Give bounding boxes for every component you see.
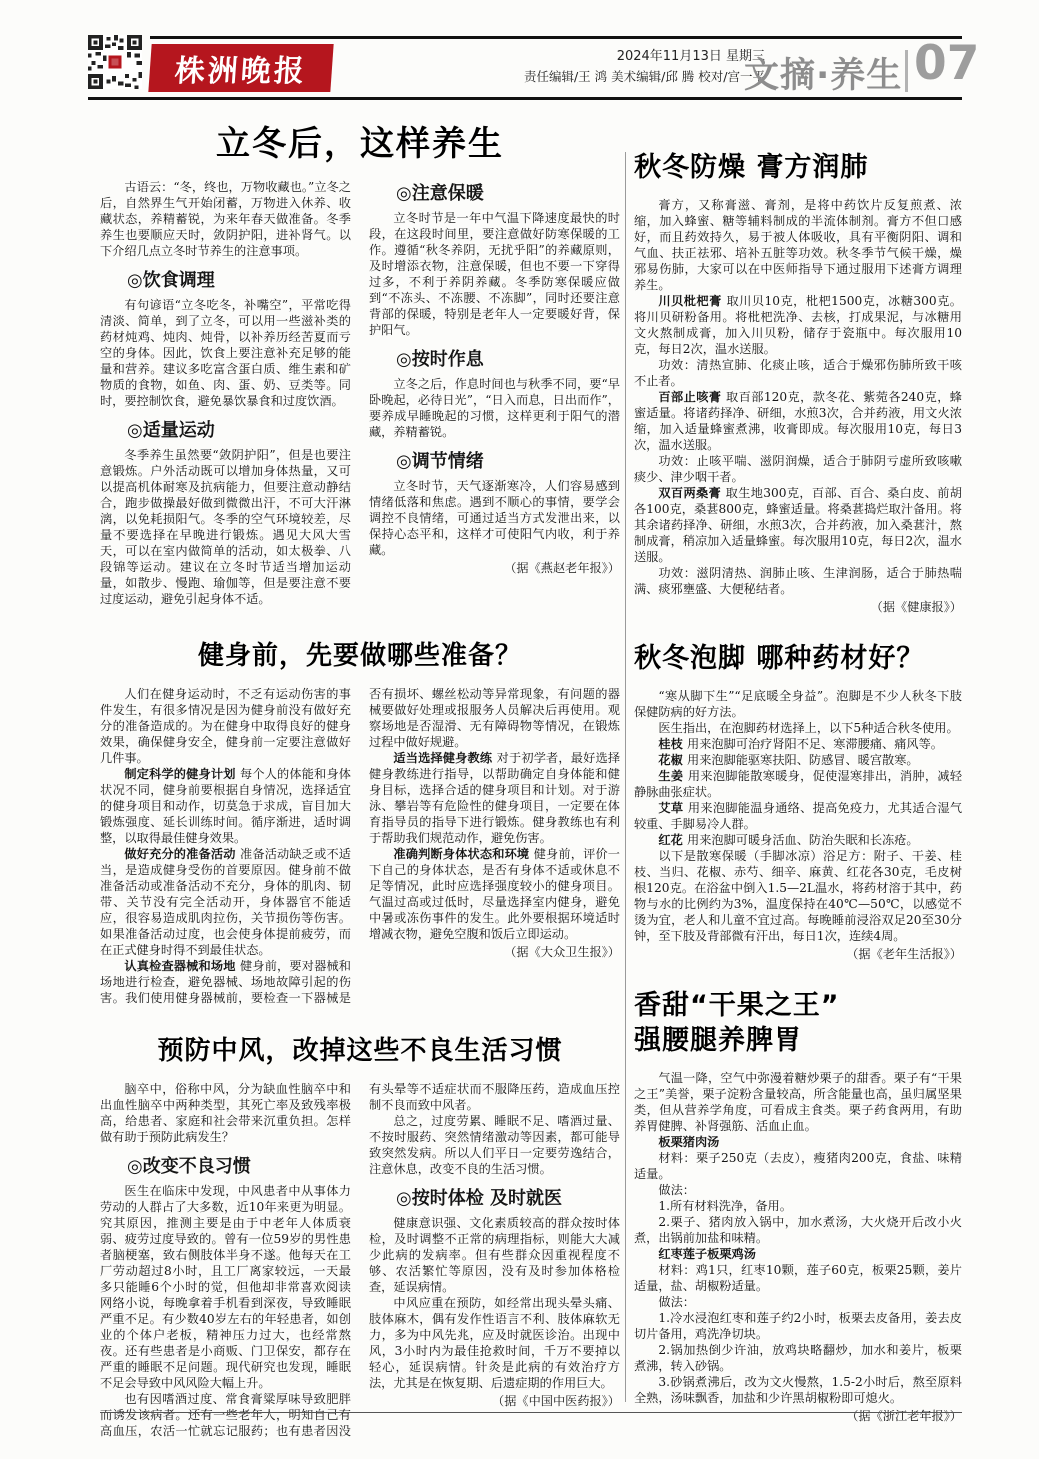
section-subhead: ◎按时体检 及时就医: [369, 1184, 620, 1210]
inline-lead: 红花: [658, 833, 687, 847]
paragraph: 2.锅加热倒少许油，放鸡块略翻炒，加水和姜片，板栗煮沸，转入砂锅。: [634, 1342, 962, 1374]
article-title: 预防中风，改掉这些不良生活习惯: [100, 1030, 620, 1067]
inline-lead: 艾草: [658, 801, 687, 815]
inline-lead: 准确判断身体状态和环境: [393, 847, 533, 861]
paragraph: 中风应重在预防，如经常出现头晕头痛、肢体麻木，偶有发作性语言不利、肢体麻软无力，…: [369, 1295, 620, 1391]
section-subhead: ◎注意保暖: [369, 179, 620, 205]
paragraph: 百部止咳膏 取百部120克，款冬花、紫菀各240克，蜂蜜适量。将诸药择净、研细，…: [634, 389, 962, 453]
inline-lead: 川贝枇杷膏: [658, 294, 726, 308]
paragraph: 功效：清热宣肺、化痰止咳，适合于燥邪伤肺所致干咳不止者。: [634, 357, 962, 389]
paragraph: 艾草 用来泡脚能温身通络、提高免疫力，尤其适合湿气较重、手脚易冷人群。: [634, 800, 962, 832]
paragraph: 3.砂锅煮沸后，改为文火慢熬，1.5-2小时后，熬至原料全熟，汤味飘香，加盐和少…: [634, 1374, 962, 1406]
section-subhead: ◎饮食调理: [100, 266, 351, 292]
article-body: 脑卒中，俗称中风，分为缺血性脑卒中和出血性脑卒中两种类型，其死亡率及致残率极高，…: [100, 1081, 620, 1453]
paragraph: 材料：鸡1只，红枣10颗，莲子60克，板栗25颗，姜片适量，盐、胡椒粉适量。: [634, 1262, 962, 1294]
dateline: 2024年11月13日 星期三 责任编辑/王 鸿 美术编辑/邱 腾 校对/宫一平: [505, 47, 765, 87]
article-title: 香甜“干果之王” 强腰腿养脾胃: [634, 988, 962, 1058]
paragraph: “寒从脚下生”“足底暖全身益”。泡脚是不少人秋冬下肢保健防病的好方法。: [634, 688, 962, 720]
inline-lead: 桂枝: [658, 737, 687, 751]
inline-lead: 双百两桑膏: [658, 486, 725, 500]
recipe-heading: 红枣莲子板栗鸡汤: [634, 1246, 962, 1262]
attribution: （据《大众卫生报》）: [369, 944, 620, 960]
paragraph: 1.所有材料洗净，备用。: [634, 1198, 962, 1214]
article-title: 健身前，先要做哪些准备？: [100, 635, 620, 672]
article-paojiao: 秋冬泡脚 哪种药材好？ “寒从脚下生”“足底暖全身益”。泡脚是不少人秋冬下肢保健…: [634, 641, 962, 962]
article-jianshen: 健身前，先要做哪些准备？ 人们在健身运动时，不乏有运动伤害的事件发生，有很多情况…: [100, 635, 620, 1012]
column-divider: [625, 152, 626, 1402]
section-subhead: ◎调节情绪: [369, 447, 620, 473]
inline-lead: 适当选择健身教练: [393, 751, 496, 765]
paragraph: 生姜 用来泡脚能散寒暖身，促使湿寒排出，消肿，减轻静脉曲张症状。: [634, 768, 962, 800]
attribution: （据《中国中医药报》）: [369, 1393, 620, 1409]
section-subhead: ◎按时作息: [369, 345, 620, 371]
paragraph: 功效：止咳平喘、滋阴润燥，适合于肺阴亏虚所致咳嗽痰少、津少咽干者。: [634, 453, 962, 485]
paragraph: 立冬时节，天气逐渐寒冷，人们容易感到情绪低落和焦虑。遇到不顺心的事情，要学会调控…: [369, 478, 620, 558]
page-number: 07: [914, 36, 979, 91]
paragraph: 材料：栗子250克（去皮），瘦猪肉200克，食盐、味精适量。: [634, 1150, 962, 1182]
attribution: （据《老年生活报》）: [634, 946, 962, 962]
right-column-zone: 秋冬防燥 膏方润肺 膏方，又称膏滋、膏剂，是将中药饮片反复煎煮、浓缩，加入蜂蜜、…: [634, 146, 962, 1424]
article-title: 秋冬泡脚 哪种药材好？: [634, 641, 962, 676]
paragraph: 气温一降，空气中弥漫着糖炒栗子的甜香。栗子有“干果之王”美誉，栗子淀粉含量较高，…: [634, 1070, 962, 1134]
article-ganguo: 香甜“干果之王” 强腰腿养脾胃 气温一降，空气中弥漫着糖炒栗子的甜香。栗子有“干…: [634, 988, 962, 1424]
inline-lead: 百部止咳膏: [658, 390, 726, 404]
footer-rule: [100, 1412, 962, 1413]
paragraph: 2.栗子、猪肉放入锅中，加水煮汤，大火烧开后改小火煮，出锅前加盐和味精。: [634, 1214, 962, 1246]
paragraph: 膏方，又称膏滋、膏剂，是将中药饮片反复煎煮、浓缩，加入蜂蜜、糖等辅料制成的半流体…: [634, 197, 962, 293]
attribution: （据《燕赵老年报》）: [369, 560, 620, 576]
masthead-logo: 株洲晚报: [148, 44, 333, 92]
article-body: 膏方，又称膏滋、膏剂，是将中药饮片反复煎煮、浓缩，加入蜂蜜、糖等辅料制成的半流体…: [634, 197, 962, 615]
inline-lead: 花椒: [658, 753, 687, 767]
paragraph: 立冬时节是一年中气温下降速度最快的时段，在这段时间里，要注意做好防寒保暖的工作。…: [369, 210, 620, 338]
publication-date: 2024年11月13日 星期三: [505, 47, 765, 67]
paragraph: 桂枝 用来泡脚可治疗肾阳不足、寒滞腰痛、痛风等。: [634, 736, 962, 752]
paragraph: 做好充分的准备活动 准备活动缺乏或不适当，是造成健身受伤的首要原因。健身前不做准…: [100, 846, 351, 958]
paragraph: 适当选择健身教练 对于初学者，最好选择健身教练进行指导，以帮助确定自身体能和健身…: [369, 750, 620, 846]
paragraph: 医生在临床中发现，中风患者中从事体力劳动的人群占了大多数，近10年来更为明显。究…: [100, 1183, 351, 1391]
section-subhead: ◎改变不良习惯: [100, 1152, 351, 1178]
paragraph: 人们在健身运动时，不乏有运动伤害的事件发生，有很多情况是因为健身前没有做好充分的…: [100, 686, 351, 766]
paragraph: 脑卒中，俗称中风，分为缺血性脑卒中和出血性脑卒中两种类型，其死亡率及致残率极高，…: [100, 1081, 351, 1145]
qr-code: [88, 32, 142, 92]
paragraph: 花椒 用来泡脚能驱寒扶阳、防感冒、暖宫散寒。: [634, 752, 962, 768]
section-title: 文摘·养生: [744, 48, 902, 98]
left-column-zone: 立冬后，这样养生 古语云：“冬，终也，万物收藏也。”立冬之后，自然界生气开始闭蓄…: [100, 106, 620, 1453]
article-title: 立冬后，这样养生: [100, 116, 620, 165]
inline-lead: 认真检查器械和场地: [124, 959, 240, 973]
article-gaofang: 秋冬防燥 膏方润肺 膏方，又称膏滋、膏剂，是将中药饮片反复煎煮、浓缩，加入蜂蜜、…: [634, 150, 962, 615]
paragraph: 立冬之后，作息时间也与秋季不同，要“早卧晚起，必待日光”，“日入而息，日出而作”…: [369, 376, 620, 440]
paragraph: 健康意识强、文化素质较高的群众按时体检，及时调整不正常的病理指标，则能大大减少此…: [369, 1215, 620, 1295]
paragraph: 准确判断身体状态和环境 健身前，评价一下自己的身体状态，是否有身体不适或休息不足…: [369, 846, 620, 942]
inline-lead: 生姜: [658, 769, 687, 783]
paragraph: 有句谚语“立冬吃冬，补嘴空”，平常吃得清淡、简单，到了立冬，可以用一些滋补类的药…: [100, 297, 351, 409]
paragraph: 以下是散寒保暖（手脚冰凉）浴足方：附子、干姜、桂枝、当归、花椒、赤芍、细辛、麻黄…: [634, 848, 962, 944]
article-title: 秋冬防燥 膏方润肺: [634, 150, 962, 185]
header-top-rule: [150, 36, 962, 39]
paragraph: 制定科学的健身计划 每个人的体能和身体状况不同，健身前要根据自身情况，选择适宜的…: [100, 766, 351, 846]
editors-line: 责任编辑/王 鸿 美术编辑/邱 腾 校对/宫一平: [505, 67, 765, 87]
recipe-heading: 板栗猪肉汤: [634, 1134, 962, 1150]
paragraph: 双百两桑膏 取生地300克，百部、百合、桑白皮、前胡各100克，桑葚800克，蜂…: [634, 485, 962, 565]
paragraph: 红花 用来泡脚可暖身活血、防治失眠和长冻疮。: [634, 832, 962, 848]
article-zhongfeng: 预防中风，改掉这些不良生活习惯 脑卒中，俗称中风，分为缺血性脑卒中和出血性脑卒中…: [100, 1030, 620, 1453]
section-subhead: ◎适量运动: [100, 416, 351, 442]
paragraph: 做法：: [634, 1294, 962, 1310]
paragraph: 1.冷水浸泡红枣和莲子约2小时，板栗去皮备用，姜去皮切片备用，鸡洗净切块。: [634, 1310, 962, 1342]
attribution: （据《健康报》）: [634, 599, 962, 615]
paragraph: 总之，过度劳累、睡眠不足、嗜酒过量、不按时服药、突然情绪激动等因素，都可能导致突…: [369, 1113, 620, 1177]
newspaper-page: 株洲晚报 2024年11月13日 星期三 责任编辑/王 鸿 美术编辑/邱 腾 校…: [0, 0, 1039, 1459]
inline-lead: 做好充分的准备活动: [124, 847, 240, 861]
header-bottom-rule: [88, 97, 962, 100]
article-body: 人们在健身运动时，不乏有运动伤害的事件发生，有很多情况是因为健身前没有做好充分的…: [100, 686, 620, 1012]
paragraph: 冬季养生虽然要“敛阴护阳”，但是也要注意锻炼。户外活动既可以增加身体热量，又可以…: [100, 447, 351, 607]
article-body: 古语云：“冬，终也，万物收藏也。”立冬之后，自然界生气开始闭蓄，万物进入休养、收…: [100, 179, 620, 617]
article-body: “寒从脚下生”“足底暖全身益”。泡脚是不少人秋冬下肢保健防病的好方法。医生指出，…: [634, 688, 962, 962]
paragraph: 古语云：“冬，终也，万物收藏也。”立冬之后，自然界生气开始闭蓄，万物进入休养、收…: [100, 179, 351, 259]
page-number-divider: [905, 50, 908, 92]
article-body: 气温一降，空气中弥漫着糖炒栗子的甜香。栗子有“干果之王”美誉，栗子淀粉含量较高，…: [634, 1070, 962, 1424]
attribution: （据《浙江老年报》）: [634, 1408, 962, 1424]
paragraph: 川贝枇杷膏 取川贝10克，枇杷1500克，冰糖300克。将川贝研粉备用。将枇杷洗…: [634, 293, 962, 357]
paragraph: 医生指出，在泡脚药材选择上，以下5种适合秋冬使用。: [634, 720, 962, 736]
article-lidong: 立冬后，这样养生 古语云：“冬，终也，万物收藏也。”立冬之后，自然界生气开始闭蓄…: [100, 116, 620, 617]
paragraph: 做法：: [634, 1182, 962, 1198]
paragraph: 功效：滋阴清热、润肺止咳、生津润肠，适合于肺热喘满、痰邪壅盛、大便秘结者。: [634, 565, 962, 597]
inline-lead: 制定科学的健身计划: [124, 767, 240, 781]
